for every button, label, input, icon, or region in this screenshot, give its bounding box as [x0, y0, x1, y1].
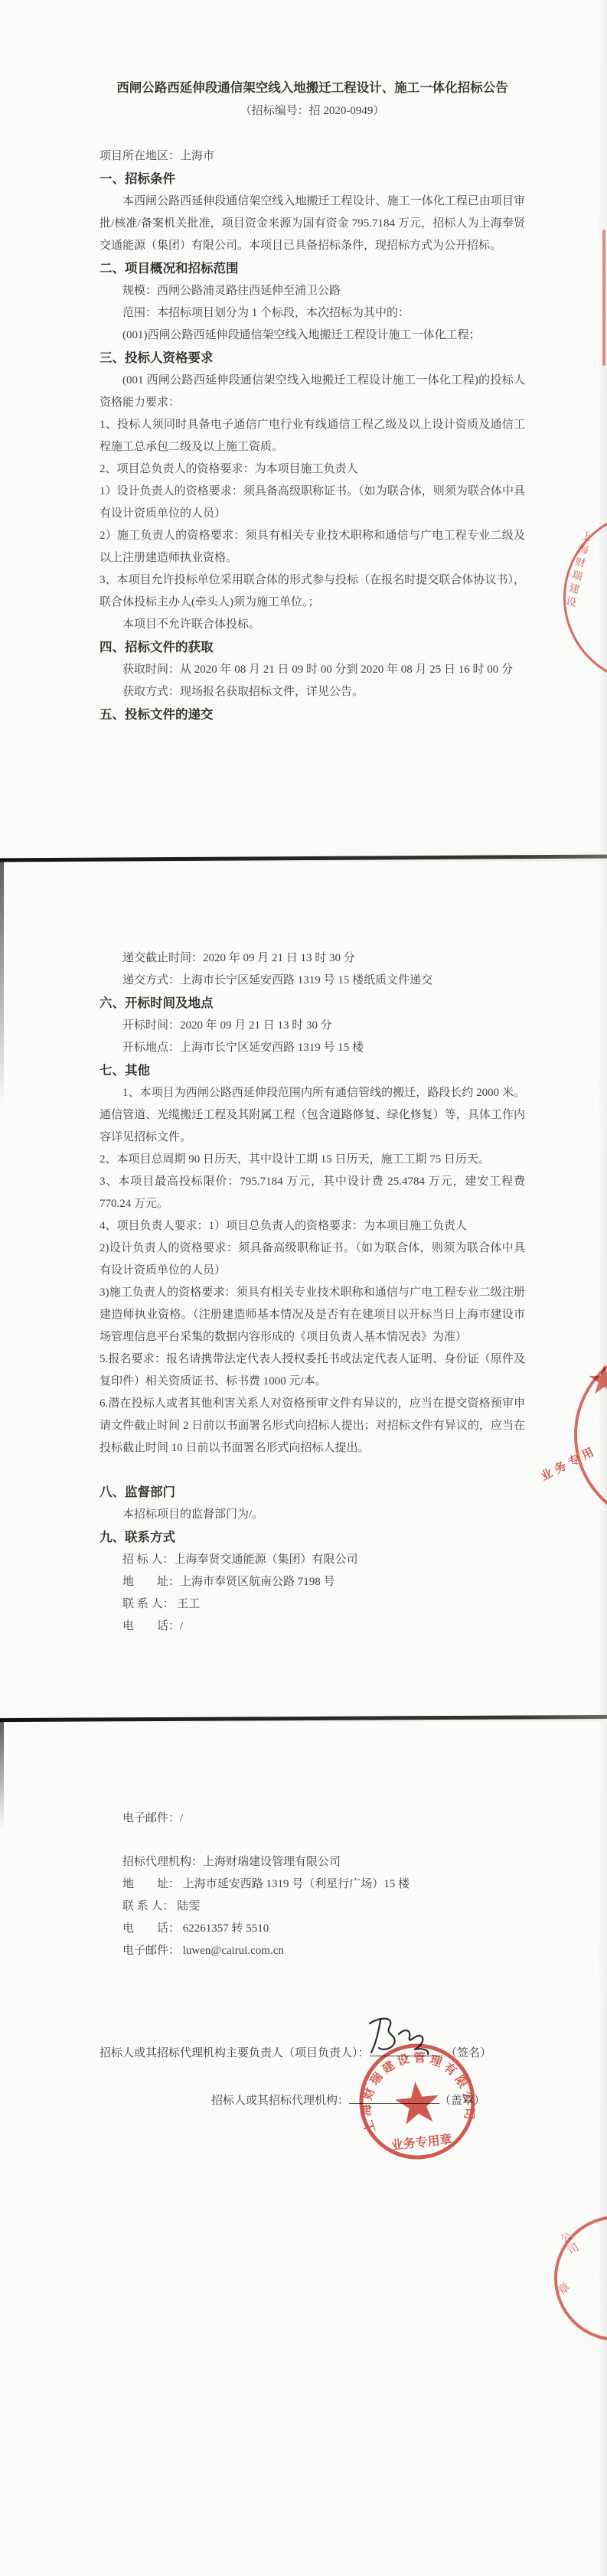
section-heading: 二、项目概况和招标范围: [100, 257, 525, 280]
page-1-content: 西闸公路西延伸段通信架空线入地搬迁工程设计、施工一体化招标公告（招标编号：招 2…: [100, 77, 525, 726]
page-3: 电子邮件：/招标代理机构：上海财瑞建设管理有限公司地 址： 上海市延安西路 13…: [0, 1722, 607, 2576]
doc-paragraph: 3)施工负责人的资格要求：须具有相关专业技术职称和通信与广电工程专业二级注册建造…: [100, 1282, 525, 1348]
doc-paragraph: 获取方式：现场报名获取招标文件，详见公告。: [100, 681, 525, 703]
doc-paragraph: 地 址： 上海市延安西路 1319 号（利星行广场）15 楼: [100, 1873, 525, 1896]
section-heading: 五、投标文件的递交: [100, 703, 525, 726]
doc-paragraph: 本项目不允许联合体投标。: [100, 614, 525, 636]
doc-paragraph: 开标地点：上海市长宁区延安西路 1319 号 15 楼: [100, 1037, 525, 1059]
page-2-content: 递交截止时间：2020 年 09 月 21 日 13 时 30 分递交方式：上海…: [100, 947, 525, 1638]
page-edge-shadow: [0, 862, 4, 1107]
doc-paragraph: 地 址：上海市奉贤区航南公路 7198 号: [100, 1571, 525, 1593]
page-2: 递交截止时间：2020 年 09 月 21 日 13 时 30 分递交方式：上海…: [0, 862, 607, 1717]
doc-paragraph: 递交截止时间：2020 年 09 月 21 日 13 时 30 分: [100, 947, 525, 970]
page-3-content: 电子邮件：/招标代理机构：上海财瑞建设管理有限公司地 址： 上海市延安西路 13…: [100, 1808, 525, 1962]
document-scan: 西闸公路西延伸段通信架空线入地搬迁工程设计、施工一体化招标公告（招标编号：招 2…: [0, 0, 607, 2576]
doc-paragraph: 招 标 人：上海奉贤交通能源（集团）有限公司: [100, 1549, 525, 1571]
doc-paragraph: (001)西闸公路西延伸段通信架空线入地搬迁工程设计施工一体化工程；: [100, 324, 525, 347]
doc-paragraph: 招标代理机构：上海财瑞建设管理有限公司: [100, 1851, 525, 1873]
section-heading: 六、开标时间及地点: [100, 992, 525, 1015]
doc-paragraph: 电 话： 62261357 转 5510: [100, 1918, 525, 1940]
doc-paragraph: 规模：西闸公路浦灵路往西延伸至浦卫公路: [100, 280, 525, 302]
doc-paragraph: 联 系 人： 王工: [100, 1593, 525, 1616]
doc-paragraph: 获取时间：从 2020 年 08 月 21 日 09 时 00 分到 2020 …: [100, 659, 525, 681]
doc-paragraph: 本招标项目的监督部门为/。: [100, 1504, 525, 1526]
doc-paragraph: 2）施工负责人的资格要求：须具有相关专业技术职称和通信与广电工程专业二级及以上注…: [100, 525, 525, 569]
section-heading: 四、招标文件的获取: [100, 636, 525, 659]
doc-paragraph: 1、本项目为西闸公路西延伸段范围内所有通信管线的搬迁，路段长约 2000 米。通…: [100, 1082, 525, 1149]
doc-paragraph: 2)设计负责人的资格要求：须具备高级职称证书。（如为联合体，则须为联合体中具有设…: [100, 1237, 525, 1282]
doc-paragraph: 1）设计负责人的资格要求：须具备高级职称证书。（如为联合体，则须为联合体中具有设…: [100, 481, 525, 525]
doc-paragraph: 电子邮件： luwen@cairui.com.cn: [100, 1940, 525, 1962]
page-1: 西闸公路西延伸段通信架空线入地搬迁工程设计、施工一体化招标公告（招标编号：招 2…: [0, 0, 607, 858]
doc-paragraph: 2、项目总负责人的资格要求：为本项目施工负责人: [100, 458, 525, 481]
partial-stamp-star-page2: ★: [586, 1358, 607, 1404]
doc-paragraph: 范围：本招标项目划分为 1 个标段，本次招标为其中的：: [100, 302, 525, 324]
principal-signature-label: 招标人或其招标代理机构主要负责人（项目负责人）：: [100, 2047, 370, 2059]
stamp-edge-mark: [602, 230, 605, 366]
agency-stamp: 上海财瑞建设管理有限公司 业务专用章: [350, 2034, 485, 2169]
signature-section: 招标人或其招标代理机构主要负责人（项目负责人）： ．（签名） 招标人或其招标代理…: [100, 2031, 559, 2124]
section-heading: 八、监督部门: [100, 1481, 525, 1504]
tender-number-line: （招标编号：招 2020-0949）: [100, 99, 525, 122]
doc-paragraph: 电子邮件：/: [100, 1808, 525, 1830]
doc-paragraph: 本西闸公路西延伸段通信架空线入地搬迁工程设计、施工一体化工程已由项目审批/核准/…: [100, 191, 525, 257]
doc-paragraph: 3、本项目最高投标限价：795.7184 万元，其中设计费 25.4784 万元…: [100, 1171, 525, 1215]
section-heading: 九、联系方式: [100, 1526, 525, 1549]
section-heading: 七、其他: [100, 1059, 525, 1082]
doc-paragraph: 递交方式：上海市长宁区延安西路 1319 号 15 楼纸质文件递交: [100, 970, 525, 992]
doc-title: 西闸公路西延伸段通信架空线入地搬迁工程设计、施工一体化招标公告: [100, 77, 525, 99]
doc-paragraph: 1、投标人须同时具备电子通信广电行业有线通信工程乙级及以上设计资质及通信工程施工…: [100, 414, 525, 458]
doc-paragraph: 3、本项目允许投标单位采用联合体的形式参与投标（在报名时提交联合体协议书），联合…: [100, 569, 525, 614]
doc-paragraph: 项目所在地区：上海市: [100, 145, 525, 168]
doc-paragraph: 2、本项目总周期 90 日历天，其中设计工期 15 日历天，施工工期 75 日历…: [100, 1149, 525, 1171]
doc-paragraph: 联 系 人： 陆雯: [100, 1896, 525, 1918]
doc-paragraph: 4、项目负责人要求：1）项目总负责人的资格要求：为本项目施工负责人: [100, 1215, 525, 1237]
section-heading: 一、招标条件: [100, 168, 525, 191]
stamp-star-icon: [393, 2079, 441, 2125]
page-edge-shadow: [0, 1722, 4, 1829]
doc-paragraph: (001 西闸公路西延伸段通信架空线入地搬迁工程设计施工一体化工程)的投标人资格…: [100, 370, 525, 414]
doc-paragraph: 5.报名要求：报名请携带法定代表人授权委托书或法定代表人证明、身份证（原件及复印…: [100, 1348, 525, 1393]
doc-paragraph: 电 话：/: [100, 1616, 525, 1638]
org-seal-label: 招标人或其招标代理机构：: [211, 2095, 349, 2107]
doc-paragraph: 6.潜在投标人或者其他利害关系人对资格预审文件有异议的，应当在提交资格预审申请文…: [100, 1393, 525, 1459]
principal-signature-line: 招标人或其招标代理机构主要负责人（项目负责人）： ．（签名）: [100, 2043, 559, 2065]
doc-paragraph: 开标时间：2020 年 09 月 21 日 13 时 30 分: [100, 1015, 525, 1037]
section-heading: 三、投标人资格要求: [100, 347, 525, 370]
